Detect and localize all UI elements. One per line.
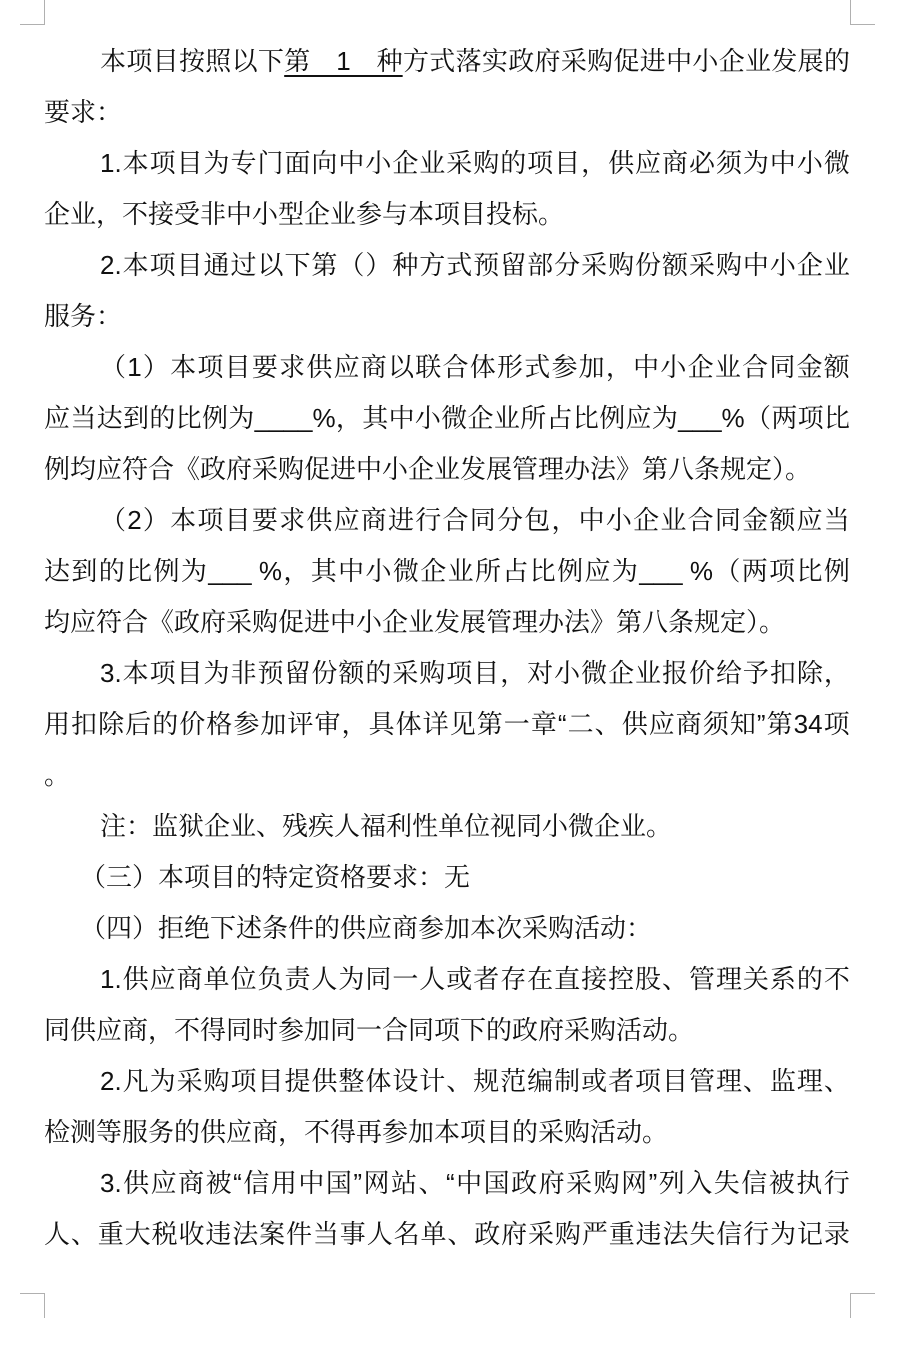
text-segment: 以 xyxy=(257,240,283,291)
text-segment: 见 xyxy=(450,699,476,750)
text-segment: 严 xyxy=(582,1209,608,1260)
text-segment: 企 xyxy=(468,393,494,444)
text-segment: 中 xyxy=(666,36,692,87)
text-line: 用扣除后的价格参加评审，具体详见第一章“二、供应商须知”第34项 xyxy=(44,699,850,750)
text-segment: 人 xyxy=(419,954,445,1005)
text-segment: 项 xyxy=(798,393,824,444)
text-line: 注：监狱企业、残疾人福利性单位视同小微企业。 xyxy=(44,801,850,852)
text-segment: ， xyxy=(336,393,362,444)
text-segment: 、 xyxy=(447,1209,473,1260)
text-segment: 部 xyxy=(527,240,553,291)
text-segment: 人 xyxy=(311,954,337,1005)
text-segment: 项 xyxy=(197,342,223,393)
text-segment: 按 xyxy=(179,36,205,87)
text-segment: 项 xyxy=(150,648,176,699)
text-segment: 进 xyxy=(640,36,666,87)
text-segment: 达 xyxy=(97,393,123,444)
text-segment: 供 xyxy=(608,138,634,189)
text-segment: ） xyxy=(143,495,169,546)
text-segment: 法 xyxy=(662,1209,688,1260)
text-segment: 。 xyxy=(44,760,70,790)
text-segment: 采 xyxy=(561,36,587,87)
text-segment: 的 xyxy=(824,36,850,87)
text-segment: 用 xyxy=(271,1158,297,1209)
text-segment: 服务： xyxy=(44,301,122,331)
text-segment: 被 xyxy=(769,1158,795,1209)
text-segment: 同 xyxy=(365,954,391,1005)
text-segment: 中 xyxy=(298,1158,324,1209)
text-segment: 给 xyxy=(716,648,742,699)
text-segment: 体 xyxy=(396,699,422,750)
text-segment: 、 xyxy=(743,1056,769,1107)
text-line: 2.凡为采购项目提供整体设计、规范编制或者项目管理、监理、 xyxy=(44,1056,850,1107)
text-line: 2.本项目通过以下第（）种方式预留部分采购份额采购中小企业 xyxy=(44,240,850,291)
text-segment: 目 xyxy=(225,342,251,393)
text-segment: 案 xyxy=(259,1209,285,1260)
text-segment: 目 xyxy=(473,648,499,699)
text-segment: 商 xyxy=(177,954,203,1005)
text-segment: 除 xyxy=(797,648,823,699)
text-segment: 企 xyxy=(633,495,659,546)
text-segment: 采 xyxy=(581,240,607,291)
text-segment: 评 xyxy=(287,699,313,750)
text-segment: 、 xyxy=(595,699,621,750)
text-segment: 体 xyxy=(470,342,496,393)
text-segment: 人 xyxy=(44,1209,70,1260)
text-line: 达到的比例为___ %，其中小微企业所占比例应为___ %（两项比例 xyxy=(44,546,850,597)
text-segment: 金 xyxy=(742,495,768,546)
text-segment: ， xyxy=(581,138,607,189)
text-segment: 小 xyxy=(797,138,823,189)
text-segment: 企 xyxy=(688,342,714,393)
text-segment: 对 xyxy=(527,648,553,699)
text-segment: 商 xyxy=(178,1158,204,1209)
text-segment: 体 xyxy=(365,1056,391,1107)
text-segment: 信 xyxy=(243,1158,269,1209)
text-segment: 合 xyxy=(443,495,469,546)
text-segment: 例 xyxy=(202,393,228,444)
text-segment: 中 xyxy=(743,240,769,291)
text-segment: 微 xyxy=(441,393,467,444)
text-segment: 预 xyxy=(257,648,283,699)
text-segment: （ xyxy=(100,342,126,393)
text-segment: 项 xyxy=(527,138,553,189)
text-segment: 失 xyxy=(714,1158,740,1209)
text-segment: 为 xyxy=(612,546,638,597)
text-segment: 当 xyxy=(313,1209,339,1260)
text-segment: ” xyxy=(757,699,766,750)
text-segment: 业 xyxy=(635,648,661,699)
text-segment: 责 xyxy=(284,954,310,1005)
text-segment: 中 xyxy=(579,495,605,546)
text-segment: 向 xyxy=(311,138,337,189)
text-segment: 比 xyxy=(573,393,599,444)
text-line: 同供应商，不得同时参加同一合同项下的政府采购活动。 xyxy=(44,1005,850,1056)
text-segment: 3. xyxy=(100,1158,122,1209)
text-segment: 两 xyxy=(742,546,768,597)
text-segment: 被 xyxy=(206,1158,232,1209)
text-segment: 重 xyxy=(609,1209,635,1260)
text-segment: 应 xyxy=(584,546,610,597)
text-segment: 注：监狱企业、残疾人福利性单位视同小微企业。 xyxy=(100,811,672,841)
underlined-text: 第 1 种 xyxy=(284,36,402,87)
text-segment: ____% xyxy=(255,393,336,444)
text-segment: 金 xyxy=(797,342,823,393)
text-segment: 重 xyxy=(98,1209,124,1260)
text-segment: 加 xyxy=(260,699,286,750)
text-segment: （四）拒绝下述条件的供应商参加本次采购活动： xyxy=(80,913,652,943)
text-segment: 小 xyxy=(692,36,718,87)
text-segment: 者 xyxy=(608,1056,634,1107)
text-segment: 整 xyxy=(338,1056,364,1107)
text-segment: 采 xyxy=(566,1158,592,1209)
text-segment: ， xyxy=(606,342,632,393)
text-segment: 业 xyxy=(419,138,445,189)
text-segment: 达 xyxy=(44,546,70,597)
text-segment: 业 xyxy=(448,546,474,597)
text-segment: 行 xyxy=(743,1209,769,1260)
text-segment: 一 xyxy=(504,699,530,750)
text-segment: 入 xyxy=(686,1158,712,1209)
text-segment: 行 xyxy=(415,495,441,546)
text-segment: 供 xyxy=(306,342,332,393)
text-segment: 项 xyxy=(635,1056,661,1107)
text-segment: 照 xyxy=(205,36,231,87)
text-segment: 应 xyxy=(797,495,823,546)
text-segment: 微 xyxy=(581,648,607,699)
text-segment: 留 xyxy=(500,240,526,291)
text-segment: 购 xyxy=(587,36,613,87)
text-segment: 应 xyxy=(649,699,675,750)
text-line: 本项目按照以下第 1 种方式落实政府采购促进中小企业发展的 xyxy=(44,36,850,87)
text-segment: 形 xyxy=(497,342,523,393)
text-segment: ” xyxy=(649,1158,658,1209)
text-segment: 位 xyxy=(231,954,257,1005)
text-segment: 小 xyxy=(660,342,686,393)
text-segment: 供 xyxy=(622,699,648,750)
text-segment: 二 xyxy=(568,699,594,750)
text-segment: 34 xyxy=(794,699,823,750)
text-segment: 应 xyxy=(635,138,661,189)
text-segment: 小 xyxy=(606,495,632,546)
text-segment: 管 xyxy=(689,954,715,1005)
text-segment: 包 xyxy=(524,495,550,546)
text-segment: 目 xyxy=(554,138,580,189)
text-boundary-mark-bottom-right xyxy=(850,1293,875,1318)
text-segment: 国 xyxy=(484,1158,510,1209)
text-segment: 合 xyxy=(742,342,768,393)
text-segment: 同供应商，不得同时参加同一合同项下的政府采购活动。 xyxy=(44,1015,694,1045)
text-segment: 采 xyxy=(528,1209,554,1260)
text-segment: 详 xyxy=(423,699,449,750)
text-segment: 两 xyxy=(771,393,797,444)
text-line: 要求： xyxy=(44,87,850,138)
text-segment: 2 xyxy=(127,495,141,546)
text-segment: 同 xyxy=(470,495,496,546)
text-segment: 大 xyxy=(125,1209,151,1260)
text-segment: “ xyxy=(233,1158,242,1209)
text-segment: “ xyxy=(446,1158,455,1209)
text-segment: 录 xyxy=(824,1209,850,1260)
text-segment: 均应符合《政府采购促进中小企业发展管理办法》第八条规定）。 xyxy=(44,607,785,637)
text-segment: 或 xyxy=(581,1056,607,1107)
text-segment: 预 xyxy=(473,240,499,291)
text-segment: 下 xyxy=(284,240,310,291)
text-segment: 府 xyxy=(535,36,561,87)
text-segment: 小 xyxy=(415,393,441,444)
text-segment: 企 xyxy=(797,240,823,291)
text-segment: ， xyxy=(342,699,368,750)
text-segment: 参 xyxy=(551,342,577,393)
text-segment: 同 xyxy=(715,495,741,546)
text-segment: 例均应符合《政府采购促进中小企业发展管理办法》第八条规定）。 xyxy=(44,454,811,484)
text-segment: 中 xyxy=(456,1158,482,1209)
text-segment: 范 xyxy=(500,1056,526,1107)
text-segment: 名 xyxy=(394,1209,420,1260)
text-segment: 例 xyxy=(824,546,850,597)
text-segment: 为 xyxy=(338,954,364,1005)
text-segment: 政 xyxy=(474,1209,500,1260)
text-segment: 的 xyxy=(500,138,526,189)
text-segment: 网 xyxy=(363,1158,389,1209)
text-segment: 税 xyxy=(152,1209,178,1260)
text-segment: 理 xyxy=(797,1056,823,1107)
text-segment: 商 xyxy=(676,699,702,750)
text-segment: 采 xyxy=(177,1056,203,1107)
text-segment: 理 xyxy=(716,1056,742,1107)
text-segment: 府 xyxy=(539,1158,565,1209)
text-segment: 除 xyxy=(98,699,124,750)
text-segment: 额 xyxy=(824,342,850,393)
text-segment: 发 xyxy=(771,36,797,87)
text-segment: 人 xyxy=(367,1209,393,1260)
text-segment: 目 xyxy=(177,138,203,189)
text-segment: 项 xyxy=(150,138,176,189)
text-segment: 项 xyxy=(126,36,152,87)
text-line: 。 xyxy=(44,750,850,801)
text-segment: 企业，不接受非中小型企业参与本项目投标。 xyxy=(44,199,564,229)
text-line: 1.本项目为专门面向中小企业采购的项目，供应商必须为中小微 xyxy=(44,138,850,189)
text-segment: 、 xyxy=(71,1209,97,1260)
text-segment: 到 xyxy=(123,393,149,444)
text-segment: 为 xyxy=(204,138,230,189)
text-segment: 第 xyxy=(477,699,503,750)
text-segment: 在 xyxy=(527,954,553,1005)
text-segment: 列 xyxy=(659,1158,685,1209)
text-segment: 站 xyxy=(391,1158,417,1209)
text-segment: 为 xyxy=(743,138,769,189)
text-segment: 执 xyxy=(796,1158,822,1209)
text-segment: 方 xyxy=(403,36,429,87)
text-line: 服务： xyxy=(44,291,850,342)
text-segment: 的 xyxy=(365,648,391,699)
text-segment: 额 xyxy=(662,240,688,291)
text-boundary-mark-top-right xyxy=(850,0,875,25)
text-segment: 业 xyxy=(745,36,771,87)
text-segment: 同 xyxy=(769,342,795,393)
text-segment: 中 xyxy=(338,138,364,189)
text-segment: 种 xyxy=(392,240,418,291)
text-segment: 份 xyxy=(311,648,337,699)
text-segment: 收 xyxy=(178,1209,204,1260)
text-segment: 以 xyxy=(232,36,258,87)
text-segment: 非 xyxy=(231,648,257,699)
text-segment: 小 xyxy=(770,240,796,291)
text-segment: 购 xyxy=(555,1209,581,1260)
text-segment: 用 xyxy=(44,699,70,750)
text-segment: 企 xyxy=(392,138,418,189)
text-segment: 购 xyxy=(473,138,499,189)
text-segment: 3. xyxy=(100,648,122,699)
text-segment: 报 xyxy=(662,648,688,699)
text-segment: 管 xyxy=(689,1056,715,1107)
text-segment: 项 xyxy=(150,240,176,291)
text-segment: 检测等服务的供应商，不得再参加本项目的采购活动。 xyxy=(44,1117,668,1147)
text-segment: 事 xyxy=(340,1209,366,1260)
text-segment: 应 xyxy=(44,393,70,444)
text-segment: 微 xyxy=(824,138,850,189)
document-page: 本项目按照以下第 1 种方式落实政府采购促进中小企业发展的要求：1.本项目为专门… xyxy=(0,0,908,1367)
text-segment: 比 xyxy=(530,546,556,597)
text-segment: 提 xyxy=(284,1056,310,1107)
text-line: 1.供应商单位负责人为同一人或者存在直接控股、管理关系的不 xyxy=(44,954,850,1005)
text-line: 企业，不接受非中小型企业参与本项目投标。 xyxy=(44,189,850,240)
text-segment: （三）本项目的特定资格要求：无 xyxy=(80,862,470,892)
text-segment: 分 xyxy=(554,240,580,291)
text-segment: 购 xyxy=(419,648,445,699)
text-segment: 信 xyxy=(716,1209,742,1260)
text-segment: 求 xyxy=(279,342,305,393)
text-segment: 接 xyxy=(581,954,607,1005)
text-segment: 比 xyxy=(176,393,202,444)
text-segment: ） xyxy=(143,342,169,393)
text-line: （1）本项目要求供应商以联合体形式参加，中小企业合同金额 xyxy=(44,342,850,393)
text-segment: 违 xyxy=(636,1209,662,1260)
text-segment: 规 xyxy=(473,1056,499,1107)
text-segment: 参 xyxy=(233,699,259,750)
text-segment: 小 xyxy=(365,138,391,189)
text-line: 3.本项目为非预留份额的采购项目，对小微企业报价给予扣除， xyxy=(44,648,850,699)
text-segment: 以 xyxy=(388,342,414,393)
text-segment: 要 xyxy=(252,495,278,546)
text-segment: 法 xyxy=(232,1209,258,1260)
text-segment: 小 xyxy=(554,648,580,699)
text-segment: ， xyxy=(551,495,577,546)
text-segment: 联 xyxy=(415,342,441,393)
text-segment: 网 xyxy=(621,1158,647,1209)
text-segment: 采 xyxy=(446,138,472,189)
text-segment: 扣 xyxy=(770,648,796,699)
text-segment: 比 xyxy=(126,546,152,597)
text-segment: ， xyxy=(824,648,850,699)
text-segment: 制 xyxy=(554,1056,580,1107)
text-segment: 信 xyxy=(741,1158,767,1209)
text-segment: 本 xyxy=(170,495,196,546)
text-segment: 件 xyxy=(286,1209,312,1260)
text-segment: ） xyxy=(365,240,391,291)
text-line: 例均应符合《政府采购促进中小企业发展管理办法》第八条规定）。 xyxy=(44,444,850,495)
text-segment: 展 xyxy=(798,36,824,87)
text-segment: 本 xyxy=(100,36,126,87)
text-segment: 审 xyxy=(314,699,340,750)
text-segment: 项 xyxy=(446,648,472,699)
text-segment: 直 xyxy=(554,954,580,1005)
text-segment: 记 xyxy=(797,1209,823,1260)
text-line: 应当达到的比例为____%，其中小微企业所占比例应为___%（两项比 xyxy=(44,393,850,444)
text-segment: 微 xyxy=(393,546,419,597)
text-segment: 项 xyxy=(824,699,850,750)
text-segment: 额 xyxy=(769,495,795,546)
text-segment: 者 xyxy=(473,954,499,1005)
text-segment: 方 xyxy=(419,240,445,291)
text-segment: ___ % xyxy=(639,546,713,597)
text-segment: ” xyxy=(353,1158,362,1209)
text-segment: 系 xyxy=(770,954,796,1005)
text-segment: 例 xyxy=(557,546,583,597)
text-segment: 过 xyxy=(231,240,257,291)
text-segment: ， xyxy=(283,546,309,597)
text-segment: 编 xyxy=(527,1056,553,1107)
text-segment: 、 xyxy=(824,1056,850,1107)
text-segment: 所 xyxy=(520,393,546,444)
text-segment: 业 xyxy=(824,240,850,291)
text-segment: 加 xyxy=(579,342,605,393)
text-boundary-mark-bottom-left xyxy=(20,1293,45,1318)
text-segment: 合 xyxy=(688,495,714,546)
text-segment: 面 xyxy=(284,138,310,189)
text-segment: 监 xyxy=(770,1056,796,1107)
text-segment: 具 xyxy=(369,699,395,750)
text-segment: 分 xyxy=(497,495,523,546)
text-segment: 下 xyxy=(258,36,284,87)
text-segment: 例 xyxy=(154,546,180,597)
text-segment: 须 xyxy=(703,699,729,750)
text-segment: 价 xyxy=(689,648,715,699)
text-segment: 本 xyxy=(123,648,149,699)
text-segment: 政 xyxy=(508,36,534,87)
text-segment: ___% xyxy=(678,393,745,444)
text-segment: 本 xyxy=(170,342,196,393)
text-line: 均应符合《政府采购促进中小企业发展管理办法》第八条规定）。 xyxy=(44,597,850,648)
text-segment: 占 xyxy=(547,393,573,444)
text-segment: 业 xyxy=(715,342,741,393)
text-segment: 的 xyxy=(99,546,125,597)
text-segment: 须 xyxy=(716,138,742,189)
text-segment: 当 xyxy=(824,495,850,546)
text-segment: 采 xyxy=(392,648,418,699)
text-segment: 、 xyxy=(446,1056,472,1107)
text-segment: 1. xyxy=(100,138,122,189)
text-segment: 知 xyxy=(730,699,756,750)
text-segment: 商 xyxy=(361,495,387,546)
text-segment: 目 xyxy=(177,240,203,291)
text-segment: 负 xyxy=(257,954,283,1005)
text-segment: “ xyxy=(558,699,567,750)
text-segment: 为 xyxy=(150,1056,176,1107)
text-segment: 应 xyxy=(334,495,360,546)
text-segment: 、 xyxy=(418,1158,444,1209)
text-segment: 2. xyxy=(100,1056,122,1107)
text-segment: 政 xyxy=(511,1158,537,1209)
text-segment: 的 xyxy=(797,954,823,1005)
text-segment: 为 xyxy=(204,648,230,699)
text-segment: 业 xyxy=(494,393,520,444)
text-line: （四）拒绝下述条件的供应商参加本次采购活动： xyxy=(44,903,850,954)
text-segment: 目 xyxy=(153,36,179,87)
text-segment: 式 xyxy=(429,36,455,87)
text-segment: 国 xyxy=(326,1158,352,1209)
text-segment: 专 xyxy=(231,138,257,189)
